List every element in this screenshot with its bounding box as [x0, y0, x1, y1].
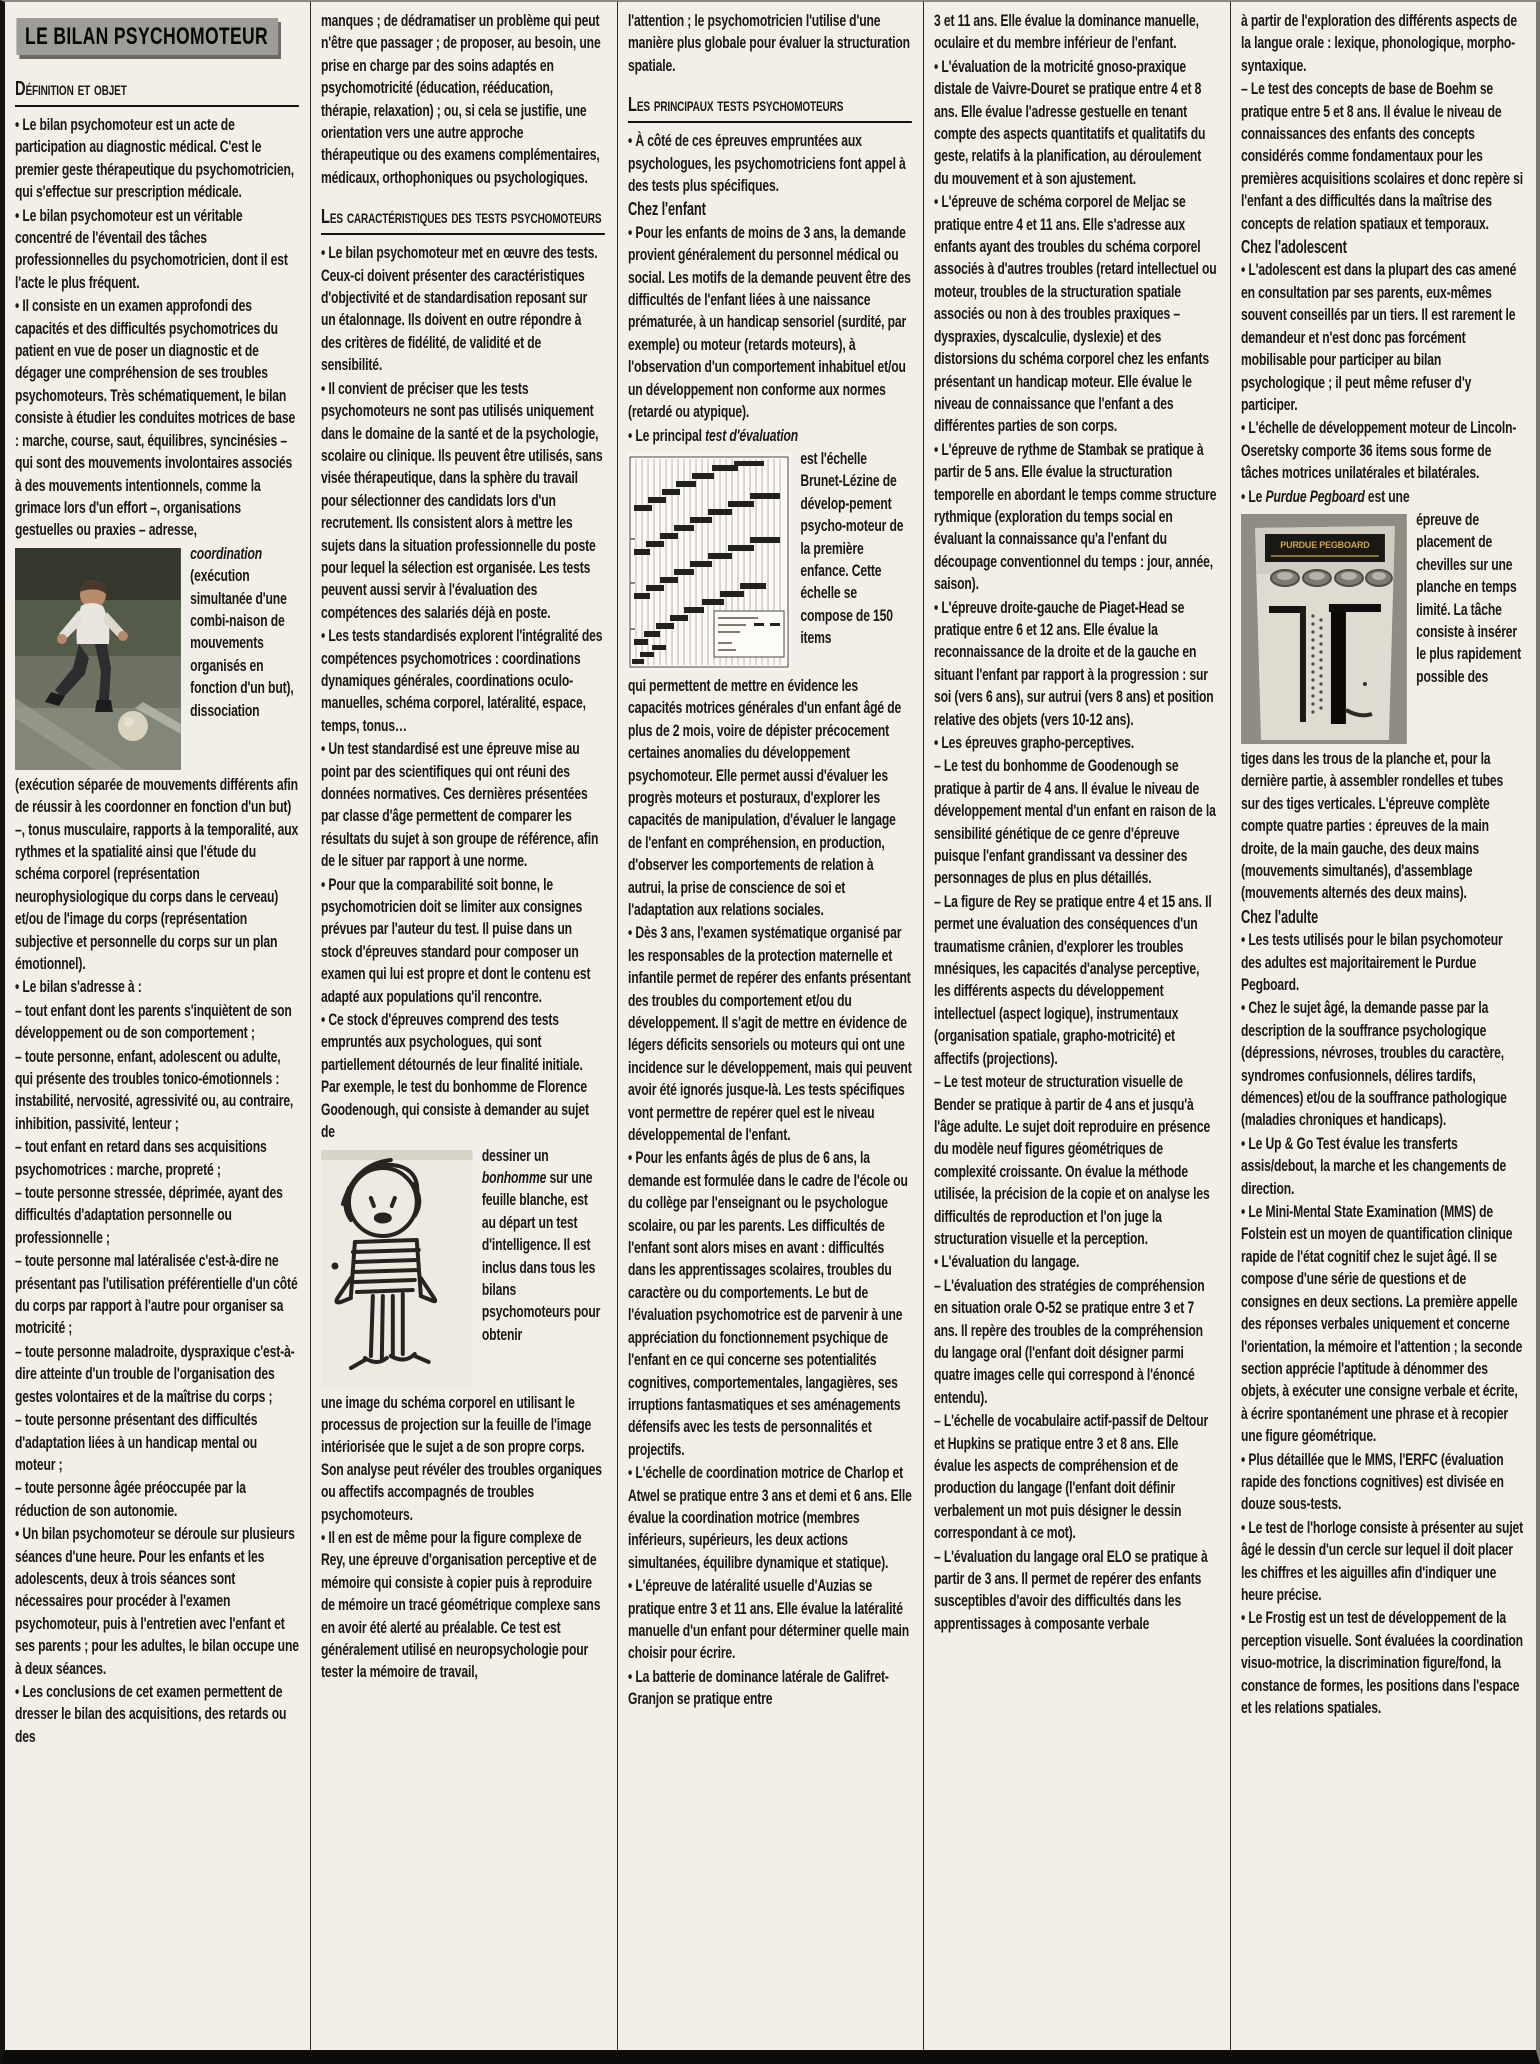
paragraph: une image du schéma corporel en utilisan…	[321, 1392, 605, 1526]
paragraph: • L'échelle de développement moteur de L…	[1241, 417, 1525, 484]
drawing-wrap-text: dessiner un	[482, 1146, 549, 1165]
paragraph: • L'évaluation du langage.	[934, 1251, 1218, 1273]
paragraph: • L'échelle de coordination motrice de C…	[628, 1462, 912, 1574]
list-item: – toute personne mal latéralisée c'est-à…	[15, 1250, 299, 1340]
list-item: – toute personne, enfant, adolescent ou …	[15, 1046, 299, 1136]
list-item: – toute personne âgée préoccupée par la …	[15, 1477, 299, 1522]
paragraph: • L'épreuve de rythme de Stambak se prat…	[934, 439, 1218, 596]
column-1: LE BILAN PSYCHOMOTEUR Définition et obje…	[5, 2, 311, 2050]
section-heading-definition: Définition et objet	[15, 77, 299, 107]
article-title: LE BILAN PSYCHOMOTEUR	[16, 18, 278, 55]
paragraph: • Il en est de même pour la figure compl…	[321, 1527, 605, 1684]
subheading-chez-adulte: Chez l'adulte	[1241, 906, 1525, 928]
section-heading-caracteristiques: Les caractéristiques des tests psychomot…	[321, 205, 605, 235]
paragraph: • Il convient de préciser que les tests …	[321, 378, 605, 624]
paragraph: • Le test de l'horloge consiste à présen…	[1241, 1517, 1525, 1607]
chart-wrap-paragraph: est l'échelle Brunet-Lézine de dévelop-p…	[628, 448, 912, 650]
paragraph: • Le bilan psychomoteur est un acte de p…	[15, 114, 299, 204]
paragraph: • À côté de ces épreuves empruntées aux …	[628, 130, 912, 197]
paragraph: • Le principal test d'évaluation	[628, 425, 912, 447]
encyclopedia-page: LE BILAN PSYCHOMOTEUR Définition et obje…	[0, 0, 1540, 2064]
list-item: – L'évaluation du langage oral ELO se pr…	[934, 1546, 1218, 1636]
list-item: – Le test des concepts de base de Boehm …	[1241, 78, 1525, 235]
list-item: – Le test du bonhomme de Goodenough se p…	[934, 755, 1218, 889]
list-item: – La figure de Rey se pratique entre 4 e…	[934, 891, 1218, 1070]
paragraph: • Un test standardisé est une épreuve mi…	[321, 738, 605, 872]
list-item: – L'échelle de vocabulaire actif-passif …	[934, 1410, 1218, 1544]
paragraph: tiges dans les trous de la planche et, p…	[1241, 748, 1525, 905]
paragraph: • Chez le sujet âgé, la demande passe pa…	[1241, 997, 1525, 1131]
photo-wrap-text: (exécution simultanée d'une combi-naison…	[190, 566, 293, 719]
paragraph: • Un bilan psychomoteur se déroule sur p…	[15, 1523, 299, 1680]
section-heading-principaux-tests: Les principaux tests psychomoteurs	[628, 93, 912, 123]
paragraph: 3 et 11 ans. Elle évalue la dominance ma…	[934, 10, 1218, 55]
drawing-wrap-paragraph: dessiner un bonhomme sur une feuille bla…	[321, 1145, 605, 1347]
purdue-pegboard-photo: PURDUE PEGBOARD	[1241, 514, 1407, 744]
paragraph: • L'épreuve de latéralité usuelle d'Auzi…	[628, 1575, 912, 1665]
child-kicking-ball-photo	[15, 548, 181, 770]
pegboard-label: PURDUE PEGBOARD	[1280, 540, 1370, 550]
list-item: – toute personne maladroite, dyspraxique…	[15, 1341, 299, 1408]
paragraph: manques ; de dédramatiser un problème qu…	[321, 10, 605, 189]
paragraph: • L'évaluation de la motricité gnoso-pra…	[934, 56, 1218, 190]
paragraph-text: • Le principal	[628, 426, 705, 445]
keyword-coordination: coordination	[190, 544, 262, 563]
brunet-lezine-chart	[628, 453, 791, 671]
list-item: – toute personne présentant des difficul…	[15, 1409, 299, 1476]
pegboard-wrap-paragraph: PURDUE PEGBOARD	[1241, 509, 1525, 688]
list-item: – L'évaluation des stratégies de compréh…	[934, 1275, 1218, 1409]
paragraph: • Ce stock d'épreuves comprend des tests…	[321, 1009, 605, 1143]
list-item: – tout enfant en retard dans ses acquisi…	[15, 1136, 299, 1181]
paragraph-text: • Le	[1241, 487, 1265, 506]
paragraph: • Les tests utilisés pour le bilan psych…	[1241, 929, 1525, 996]
bonhomme-drawing	[321, 1150, 473, 1388]
paragraph: • Les tests standardisés explorent l'int…	[321, 625, 605, 737]
paragraph: • Le Frostig est un test de développemen…	[1241, 1607, 1525, 1719]
subheading-chez-adolescent: Chez l'adolescent	[1241, 236, 1525, 258]
paragraph: • Les conclusions de cet examen permette…	[15, 1681, 299, 1748]
chart-wrap-text: est l'échelle Brunet-Lézine de dévelop-p…	[800, 449, 903, 647]
paragraph: • L'adolescent est dans la plupart des c…	[1241, 259, 1525, 416]
paragraph: • Le bilan psychomoteur est un véritable…	[15, 205, 299, 295]
paragraph-text: est une	[1364, 487, 1409, 506]
paragraph: • Dès 3 ans, l'examen systématique organ…	[628, 922, 912, 1146]
paragraph: • La batterie de dominance latérale de G…	[628, 1666, 912, 1711]
list-item: – toute personne stressée, déprimée, aya…	[15, 1182, 299, 1249]
paragraph: • Pour les enfants âgés de plus de 6 ans…	[628, 1147, 912, 1461]
paragraph: à partir de l'exploration des différents…	[1241, 10, 1525, 77]
paragraph: • Le bilan s'adresse à :	[15, 976, 299, 998]
keyword-bonhomme: bonhomme	[482, 1168, 546, 1187]
paragraph: (exécution séparée de mouvements différe…	[15, 774, 299, 976]
paragraph: qui permettent de mettre en évidence les…	[628, 675, 912, 921]
column-3: l'attention ; le psychomotricien l'utili…	[618, 2, 924, 2050]
pegboard-wrap-text: épreuve de placement de chevilles sur un…	[1416, 510, 1521, 686]
paragraph: • Les épreuves grapho-perceptives.	[934, 732, 1218, 754]
paragraph: • Le Mini-Mental State Examination (MMS)…	[1241, 1201, 1525, 1447]
list-item: – tout enfant dont les parents s'inquièt…	[15, 1000, 299, 1045]
paragraph: • Pour les enfants de moins de 3 ans, la…	[628, 222, 912, 424]
paragraph: • Il consiste en un examen approfondi de…	[15, 295, 299, 541]
paragraph: • Le Up & Go Test évalue les transferts …	[1241, 1133, 1525, 1200]
column-4: 3 et 11 ans. Elle évalue la dominance ma…	[924, 2, 1230, 2050]
column-5: à partir de l'exploration des différents…	[1231, 2, 1536, 2050]
paragraph: • Le Purdue Pegboard est une	[1241, 486, 1525, 508]
list-item: – Le test moteur de structuration visuel…	[934, 1071, 1218, 1250]
paragraph: • L'épreuve de schéma corporel de Meljac…	[934, 191, 1218, 437]
paragraph: l'attention ; le psychomotricien l'utili…	[628, 10, 912, 77]
paragraph: • Le bilan psychomoteur met en œuvre des…	[321, 242, 605, 376]
paragraph: • Plus détaillée que le MMS, l'ERFC (éva…	[1241, 1449, 1525, 1516]
column-2: manques ; de dédramatiser un problème qu…	[311, 2, 617, 2050]
keyword-test-evaluation: test d'évaluation	[705, 426, 798, 445]
paragraph: • L'épreuve droite-gauche de Piaget-Head…	[934, 597, 1218, 731]
keyword-purdue-pegboard: Purdue Pegboard	[1265, 487, 1364, 506]
subheading-chez-enfant: Chez l'enfant	[628, 198, 912, 220]
photo-wrap-paragraph: coordination (exécution simultanée d'une…	[15, 543, 299, 722]
drawing-wrap-text: sur une feuille blanche, est au départ u…	[482, 1168, 600, 1344]
paragraph: • Pour que la comparabilité soit bonne, …	[321, 874, 605, 1008]
